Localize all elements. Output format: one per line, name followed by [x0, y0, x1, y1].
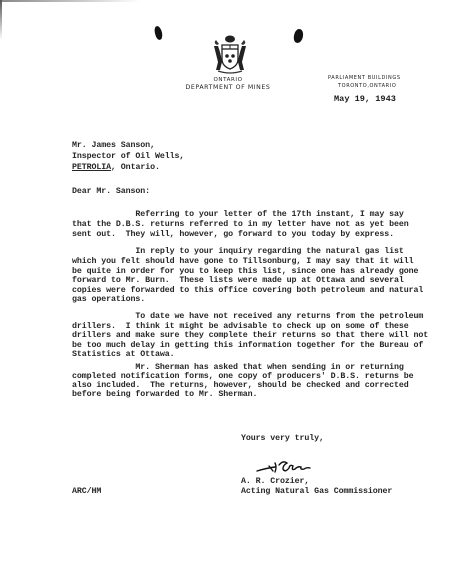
coat-of-arms-icon	[210, 34, 250, 76]
ink-blot-left	[154, 25, 164, 40]
body-line: be too much delay in getting this inform…	[72, 341, 423, 350]
letterhead-address-line1: PARLIAMENT BUILDINGS	[328, 75, 401, 81]
body-line: Mr. Sherman has asked that when sending …	[72, 363, 404, 372]
recipient-address: PETROLIA, Ontario.	[72, 163, 160, 172]
salutation: Dear Mr. Sanson:	[72, 187, 150, 196]
recipient-title: Inspector of Oil Wells,	[72, 152, 184, 161]
handwritten-signature-icon	[255, 459, 315, 475]
body-line: copies were forwarded to this office cov…	[72, 286, 423, 295]
body-line: Referring to your letter of the 17th ins…	[72, 210, 404, 219]
recipient-name: Mr. James Sanson,	[72, 141, 155, 150]
body-line: gas operations.	[72, 295, 145, 304]
reference-initials: ARC/HM	[72, 487, 101, 496]
scan-edge-top	[0, 0, 140, 2]
body-line: be quite in order for you to keep this l…	[72, 267, 418, 276]
letter-date: May 19, 1943	[334, 94, 396, 104]
signatory-title: Acting Natural Gas Commissioner	[241, 487, 392, 496]
body-line: Statistics at Ottawa.	[72, 350, 174, 359]
body-line: drillers and make sure they complete the…	[72, 331, 428, 340]
recipient-province: , Ontario.	[111, 163, 160, 172]
body-line: before being forwarded to Mr. Sherman.	[72, 390, 257, 399]
letterhead-address-line2: TORONTO,ONTARIO	[338, 83, 396, 89]
body-line: that the D.B.S. returns referred to in m…	[72, 220, 409, 229]
body-line: completed notification forms, one copy o…	[72, 372, 414, 381]
ink-blot-right	[292, 28, 304, 44]
body-line: In reply to your inquiry regarding the n…	[72, 247, 404, 256]
scan-edge-left	[0, 0, 2, 40]
body-line: drillers. I think it might be advisable …	[72, 322, 409, 331]
body-line: To date we have not received any returns…	[72, 312, 423, 321]
body-line: which you felt should have gone to Tills…	[72, 257, 414, 266]
body-line: forward to Mr. Burn. These lists were ma…	[72, 276, 404, 285]
recipient-city: PETROLIA	[72, 163, 111, 172]
body-line: also included. The returns, however, sho…	[72, 381, 409, 390]
body-line: sent out. They will, however, go forward…	[72, 230, 394, 239]
signatory-name: A. R. Crozier,	[241, 477, 309, 486]
closing: Yours very truly,	[241, 434, 324, 443]
